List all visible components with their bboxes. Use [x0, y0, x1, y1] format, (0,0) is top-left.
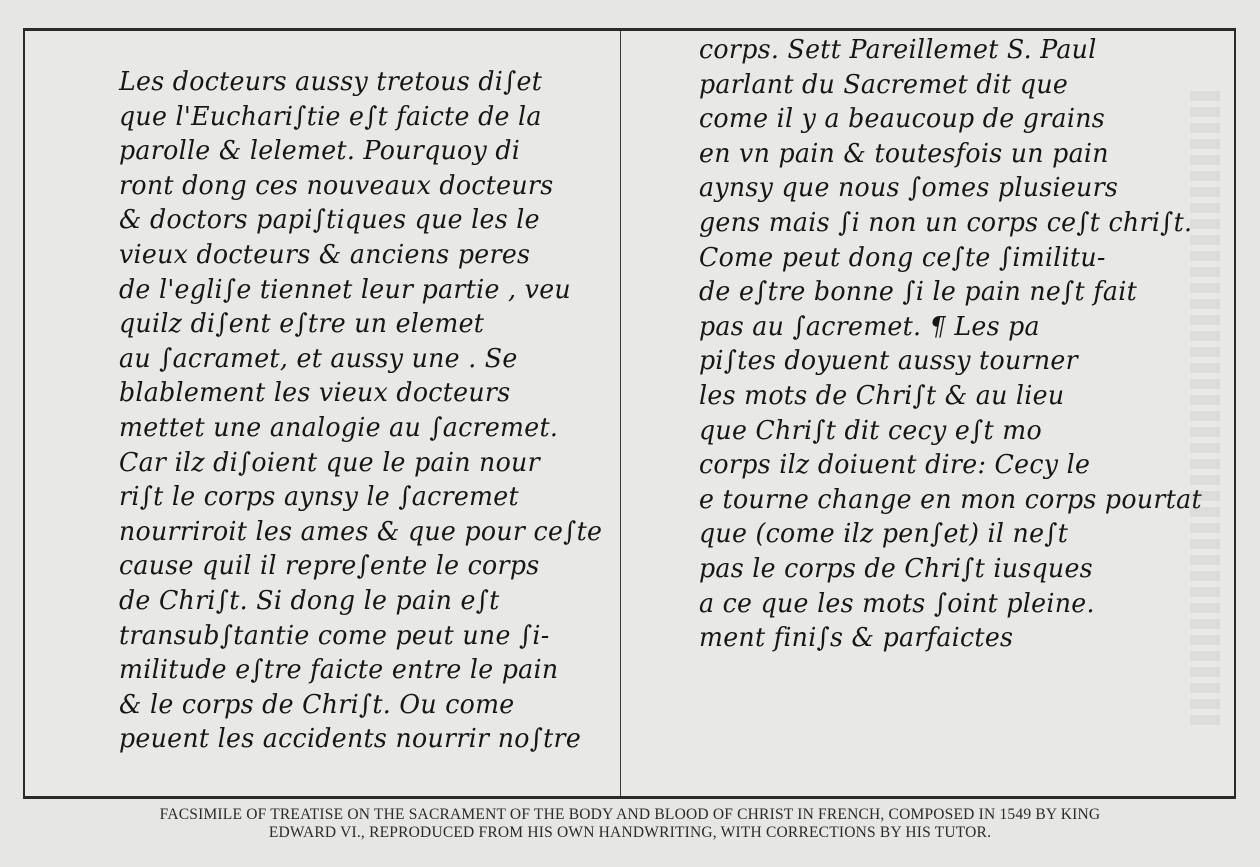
- left-manuscript-page: Les docteurs aussy tretous di∫et que l'E…: [25, 31, 620, 796]
- manuscript-line: que (come ilz pen∫et) il ne∫t: [699, 517, 1218, 552]
- manuscript-line: pi∫tes doyuent aussy tourner: [699, 344, 1218, 379]
- right-manuscript-page: corps. Sett Pareillemet S. Paul parlant …: [621, 31, 1234, 796]
- caption-line-1: Facsimile of treatise on the sacrament o…: [0, 806, 1260, 824]
- manuscript-line: ront dong ces nouveaux docteurs: [119, 169, 605, 204]
- manuscript-line: a ce que les mots ∫oint pleine.: [699, 587, 1218, 622]
- manuscript-line: cause quil il repre∫ente le corps: [119, 549, 605, 584]
- manuscript-line: & le corps de Chri∫t. Ou come: [119, 688, 605, 723]
- manuscript-line: en vn pain & toutesfois un pain: [699, 137, 1218, 172]
- manuscript-line: ment fini∫s & parfaictes: [699, 621, 1218, 656]
- manuscript-line: au ∫acramet, et aussy une . Se: [119, 342, 605, 377]
- manuscript-line: de l'egli∫e tiennet leur partie , veu: [119, 273, 605, 308]
- figure-caption: Facsimile of treatise on the sacrament o…: [0, 806, 1260, 842]
- manuscript-line: nourriroit les ames & que pour ce∫te: [119, 515, 605, 550]
- manuscript-line: de Chri∫t. Si dong le pain e∫t: [119, 584, 605, 619]
- manuscript-line: corps ilz doiuent dire: Cecy le: [699, 448, 1218, 483]
- manuscript-line: & doctors papi∫tiques que les le: [119, 203, 605, 238]
- manuscript-line: Car ilz di∫oient que le pain nour: [119, 446, 605, 481]
- manuscript-line: Come peut dong ce∫te ∫imilitu-: [699, 241, 1218, 276]
- manuscript-line: parlant du Sacremet dit que: [699, 68, 1218, 103]
- manuscript-line: peuent les accidents nourrir no∫tre: [119, 722, 605, 757]
- manuscript-line: militude e∫tre faicte entre le pain: [119, 653, 605, 688]
- manuscript-line: come il y a beaucoup de grains: [699, 102, 1218, 137]
- manuscript-line: que l'Euchari∫tie e∫t faicte de la: [119, 100, 605, 135]
- caption-line-2: Edward VI., reproduced from his own hand…: [0, 824, 1260, 842]
- manuscript-line: mettet une analogie au ∫acremet.: [119, 411, 605, 446]
- manuscript-line: parolle & lelemet. Pourquoy di: [119, 134, 605, 169]
- manuscript-line: aynsy que nous ∫omes plusieurs: [699, 171, 1218, 206]
- manuscript-line: pas au ∫acremet. ¶ Les pa: [699, 310, 1218, 345]
- manuscript-line: les mots de Chri∫t & au lieu: [699, 379, 1218, 414]
- manuscript-line: de e∫tre bonne ∫i le pain ne∫t fait: [699, 275, 1218, 310]
- manuscript-line: quilz di∫ent e∫tre un elemet: [119, 307, 605, 342]
- manuscript-line: vieux docteurs & anciens peres: [119, 238, 605, 273]
- manuscript-line: gens mais ∫i non un corps ce∫t chri∫t.: [699, 206, 1218, 241]
- manuscript-line: que Chri∫t dit cecy e∫t mo: [699, 414, 1218, 449]
- facsimile-frame: Les docteurs aussy tretous di∫et que l'E…: [23, 28, 1236, 799]
- show-through-text: [1190, 91, 1220, 731]
- manuscript-line: e tourne change en mon corps pourtat: [699, 483, 1218, 518]
- manuscript-line: blablement les vieux docteurs: [119, 376, 605, 411]
- manuscript-line: transub∫tantie come peut une ∫i-: [119, 619, 605, 654]
- manuscript-line: corps. Sett Pareillemet S. Paul: [699, 33, 1218, 68]
- manuscript-line: pas le corps de Chri∫t iusques: [699, 552, 1218, 587]
- manuscript-line: Les docteurs aussy tretous di∫et: [119, 65, 605, 100]
- manuscript-line: ri∫t le corps aynsy le ∫acremet: [119, 480, 605, 515]
